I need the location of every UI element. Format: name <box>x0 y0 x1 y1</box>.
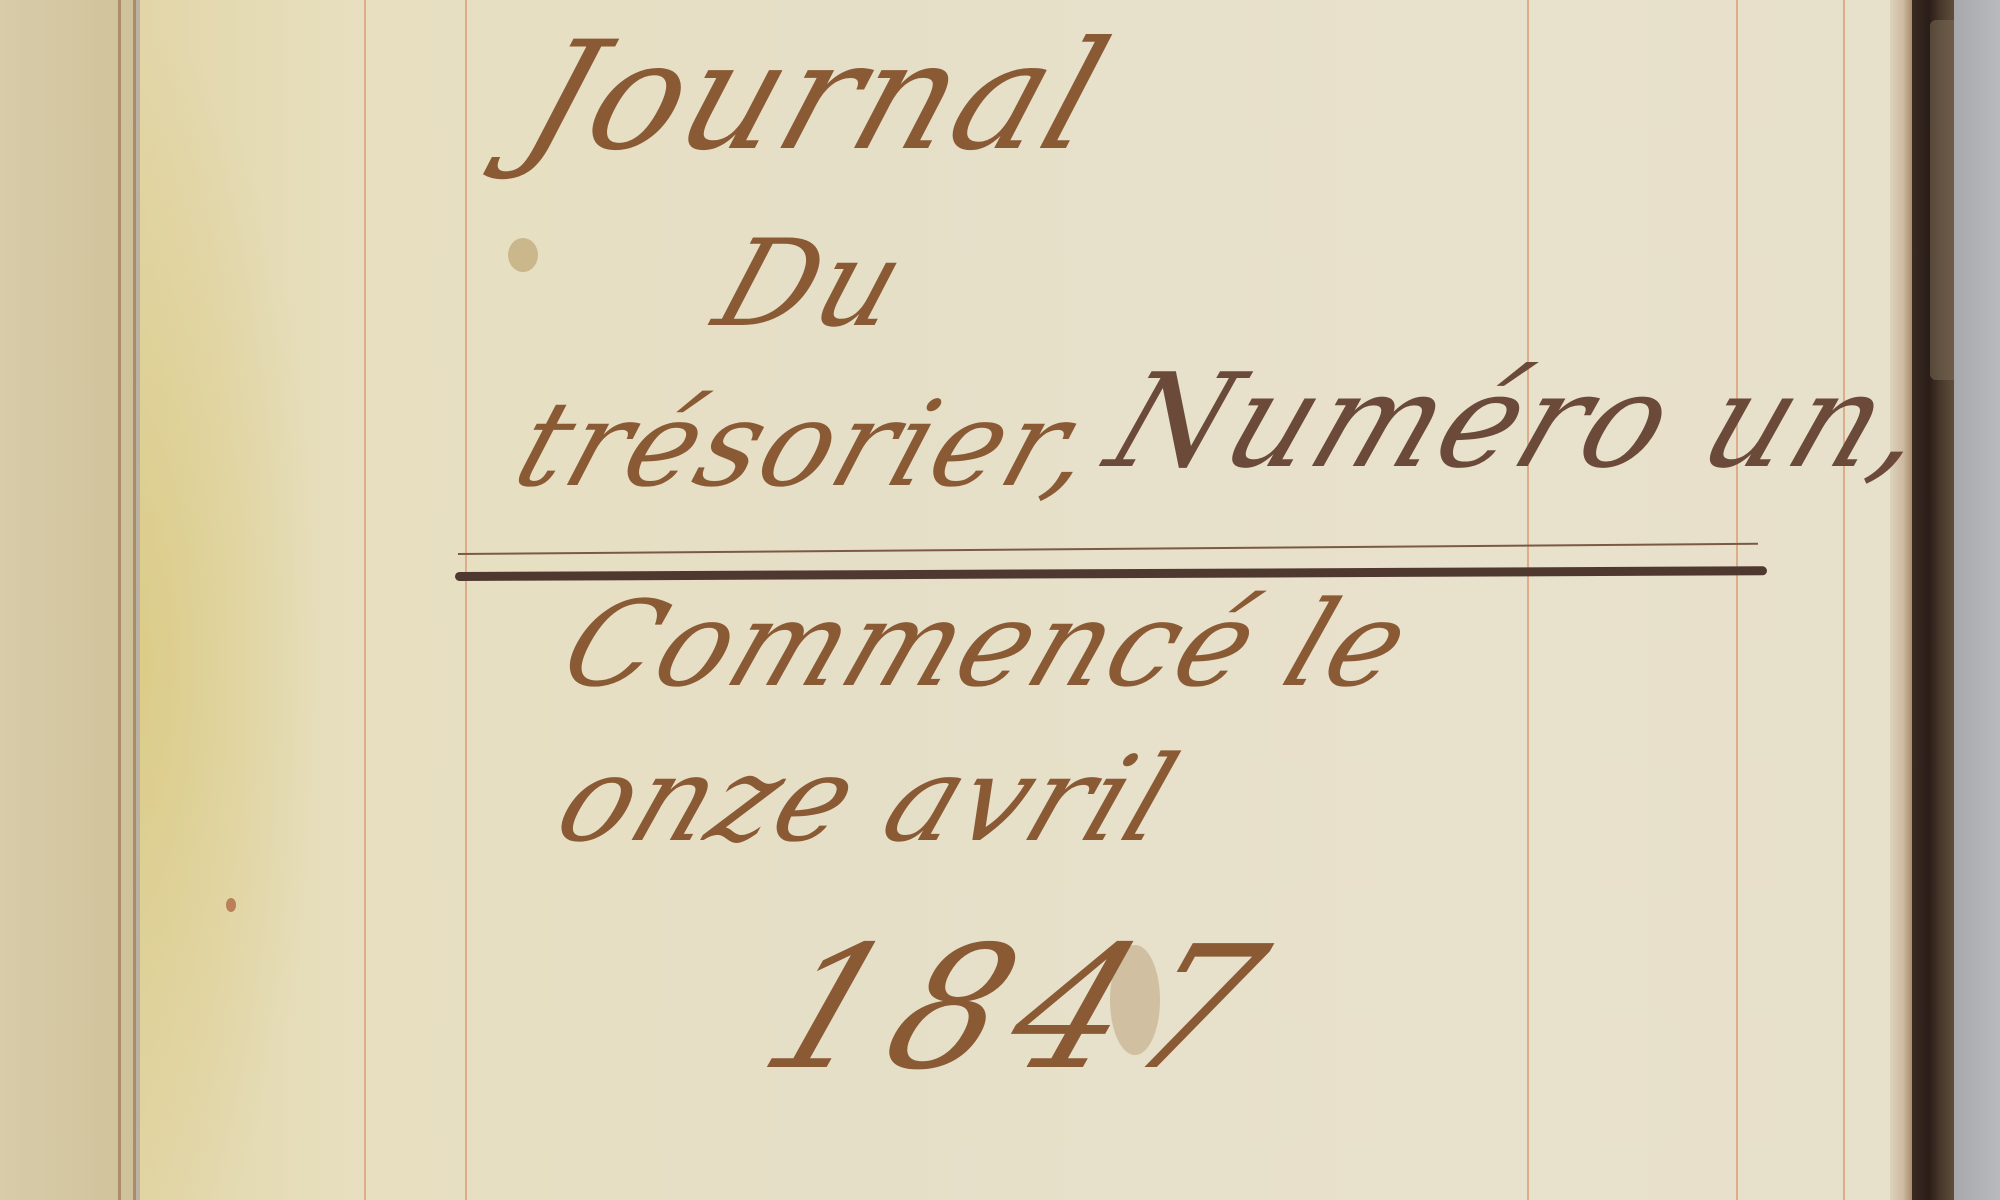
handwriting: Journal Du trésorier, Numéro un, Commenc… <box>0 0 2000 1200</box>
commence-le: Commencé le <box>545 575 1429 713</box>
title-underline-thin <box>458 543 1758 555</box>
title-numero-un: Numéro un, <box>1090 345 1954 497</box>
title-journal: Journal <box>505 10 1128 184</box>
year-1847: 1847 <box>740 910 1301 1108</box>
document-photo: Journal Du trésorier, Numéro un, Commenc… <box>0 0 2000 1200</box>
onze-avril: onze avril <box>540 730 1196 868</box>
title-tresorier: trésorier, <box>500 375 1115 513</box>
title-du: Du <box>700 215 923 354</box>
